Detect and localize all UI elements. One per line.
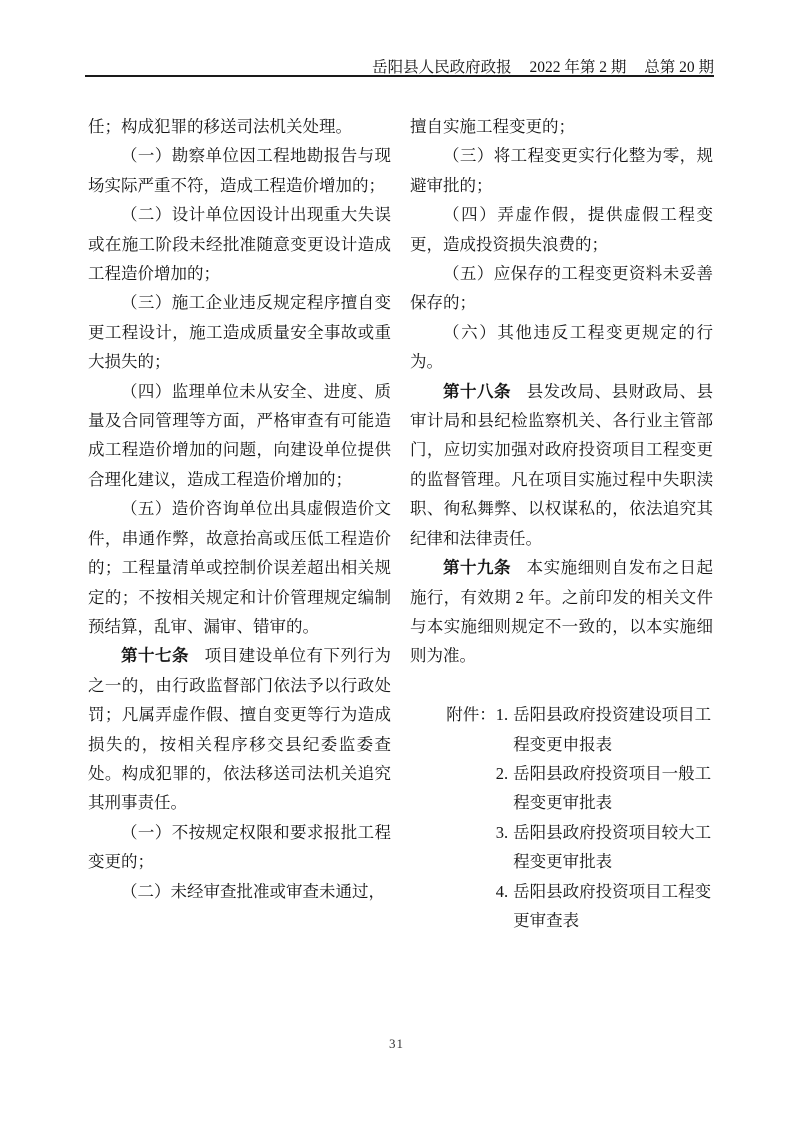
attachment-label: 附件：	[446, 700, 496, 729]
attachment-item: 3. 岳阳县政府投资项目较大工程变更审批表	[496, 818, 713, 877]
document-page: 岳阳县人民政府政报 2022 年第 2 期 总第 20 期 任；构成犯罪的移送司…	[0, 0, 793, 1122]
page-footer: 31	[0, 1036, 793, 1052]
article-19-paragraph: 第十九条本实施细则自发布之日起施行，有效期 2 年。之前印发的相关文件与本实施细…	[410, 553, 713, 671]
clause-item: （五）应保存的工程变更资料未妥善保存的；	[410, 259, 713, 318]
attachment-item-number: 1.	[496, 700, 508, 729]
clause-item: （三）将工程变更实行化整为零，规避审批的；	[410, 141, 713, 200]
gazette-title: 岳阳县人民政府政报	[372, 59, 512, 76]
article-18-lead: 第十八条	[443, 382, 511, 401]
clause-item: （三）施工企业违反规定程序擅自变更工程设计，施工造成质量安全事故或重大损失的；	[88, 288, 391, 376]
gazette-issue: 2022 年第 2 期	[529, 59, 626, 76]
article-18-text: 县发改局、县财政局、县审计局和县纪检监察机关、各行业主管部门，应切实加强对政府投…	[410, 382, 713, 548]
right-column: 擅自实施工程变更的； （三）将工程变更实行化整为零，规避审批的； （四）弄虚作假…	[410, 112, 713, 935]
gazette-volume: 总第 20 期	[644, 59, 714, 76]
attachment-item: 2. 岳阳县政府投资项目一般工程变更审批表	[496, 759, 713, 818]
article-17-lead: 第十七条	[121, 646, 189, 665]
article-18-paragraph: 第十八条县发改局、县财政局、县审计局和县纪检监察机关、各行业主管部门，应切实加强…	[410, 377, 713, 553]
clause-item: （四）弄虚作假，提供虚假工程变更，造成投资损失浪费的；	[410, 200, 713, 259]
paragraph: 擅自实施工程变更的；	[410, 112, 713, 141]
attachment-item-number: 2.	[496, 759, 508, 788]
attachment-item: 1. 岳阳县政府投资建设项目工程变更申报表	[496, 700, 713, 759]
clause-item: （一）勘察单位因工程地勘报告与现场实际严重不符，造成工程造价增加的；	[88, 141, 391, 200]
paragraph: 任；构成犯罪的移送司法机关处理。	[88, 112, 391, 141]
article-19-lead: 第十九条	[443, 558, 511, 577]
clause-item: （六）其他违反工程变更规定的行为。	[410, 318, 713, 377]
attachment-item-number: 4.	[496, 877, 508, 906]
clause-item: （二）未经审查批准或审查未通过，	[88, 877, 391, 906]
article-17-paragraph: 第十七条项目建设单位有下列行为之一的，由行政监督部门依法予以行政处罚；凡属弄虚作…	[88, 641, 391, 817]
attachment-item-text: 岳阳县政府投资项目工程变更审查表	[513, 877, 713, 936]
attachment-list: 1. 岳阳县政府投资建设项目工程变更申报表 2. 岳阳县政府投资项目一般工程变更…	[496, 700, 713, 935]
clause-item: （一）不按规定权限和要求报批工程变更的；	[88, 818, 391, 877]
clause-item: （二）设计单位因设计出现重大失误或在施工阶段未经批准随意变更设计造成工程造价增加…	[88, 200, 391, 288]
page-header: 岳阳县人民政府政报 2022 年第 2 期 总第 20 期	[372, 55, 714, 77]
attachment-item: 4. 岳阳县政府投资项目工程变更审查表	[496, 877, 713, 936]
attachment-item-text: 岳阳县政府投资项目一般工程变更审批表	[513, 759, 713, 818]
document-body: 任；构成犯罪的移送司法机关处理。 （一）勘察单位因工程地勘报告与现场实际严重不符…	[88, 112, 713, 935]
header-rule	[85, 75, 714, 77]
attachment-item-number: 3.	[496, 818, 508, 847]
attachment-block: 附件： 1. 岳阳县政府投资建设项目工程变更申报表 2. 岳阳县政府投资项目一般…	[410, 700, 713, 935]
article-17-text: 项目建设单位有下列行为之一的，由行政监督部门依法予以行政处罚；凡属弄虚作假、擅自…	[88, 646, 391, 812]
attachment-item-text: 岳阳县政府投资项目较大工程变更审批表	[513, 818, 713, 877]
attachment-item-text: 岳阳县政府投资建设项目工程变更申报表	[513, 700, 713, 759]
clause-item: （五）造价咨询单位出具虚假造价文件，串通作弊，故意抬高或压低工程造价的；工程量清…	[88, 494, 391, 641]
left-column: 任；构成犯罪的移送司法机关处理。 （一）勘察单位因工程地勘报告与现场实际严重不符…	[88, 112, 391, 935]
clause-item: （四）监理单位未从安全、进度、质量及合同管理等方面，严格审查有可能造成工程造价增…	[88, 377, 391, 495]
page-number: 31	[389, 1036, 404, 1051]
